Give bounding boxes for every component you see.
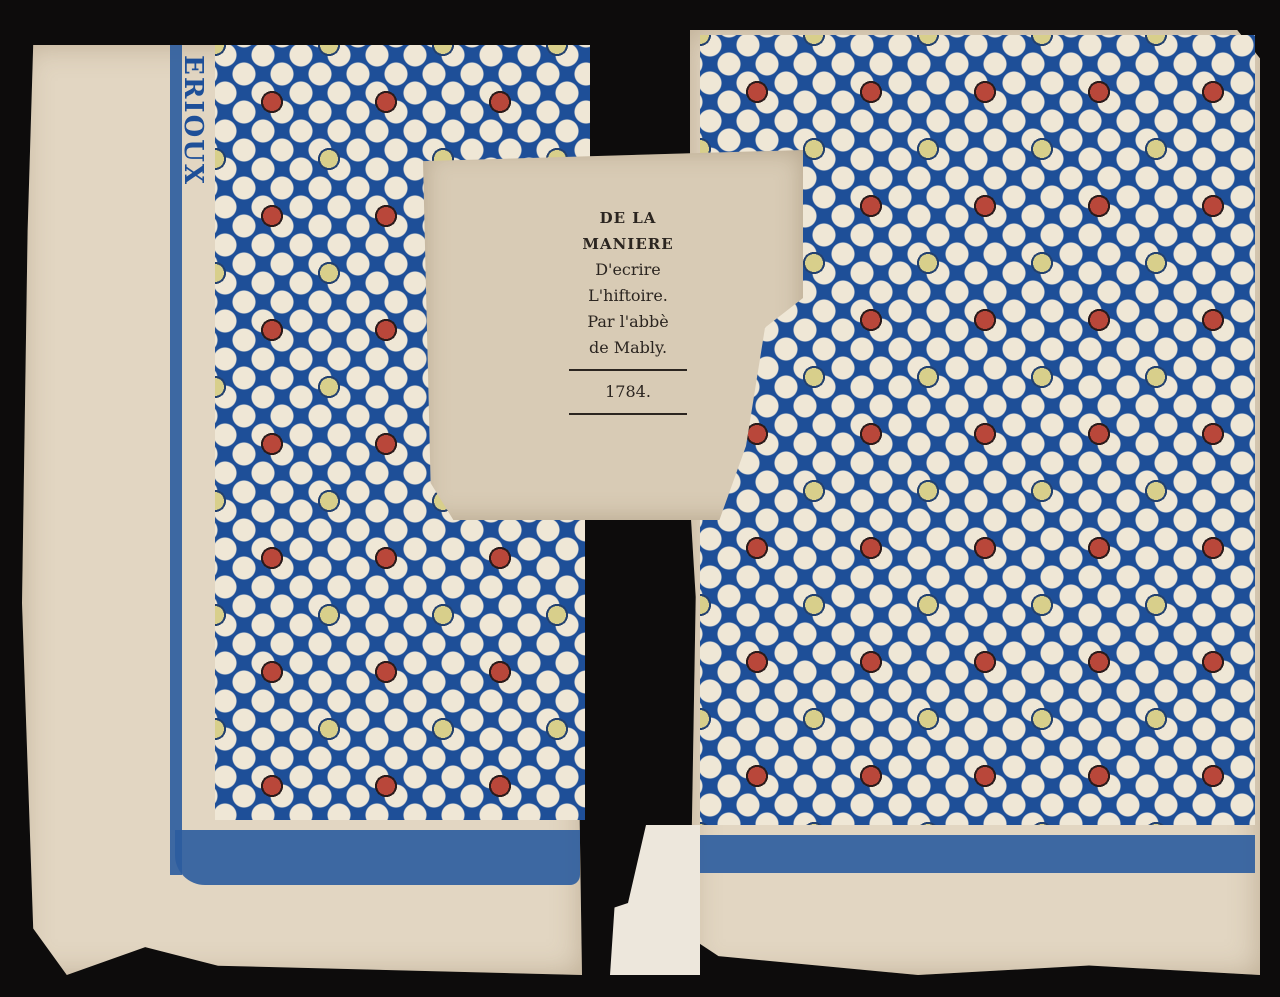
title-line-3: D'ecrire (563, 257, 693, 283)
printer-mark-text: ERIOUX (178, 55, 208, 186)
label-rule-bottom (569, 413, 687, 415)
author-line-1: Par l'abbè (563, 309, 693, 335)
title-line-4: L'hiftoire. (563, 283, 693, 309)
pattern-border-bottom-left (175, 830, 580, 885)
pattern-border-bottom-right (700, 835, 1255, 873)
title-line-1: DE LA (563, 205, 693, 231)
title-label-text: DE LA MANIERE D'ecrire L'hiftoire. Par l… (563, 205, 693, 423)
label-rule-top (569, 369, 687, 371)
publication-year: 1784. (563, 379, 693, 405)
title-line-2: MANIERE (563, 231, 693, 257)
author-line-2: de Mably. (563, 335, 693, 361)
